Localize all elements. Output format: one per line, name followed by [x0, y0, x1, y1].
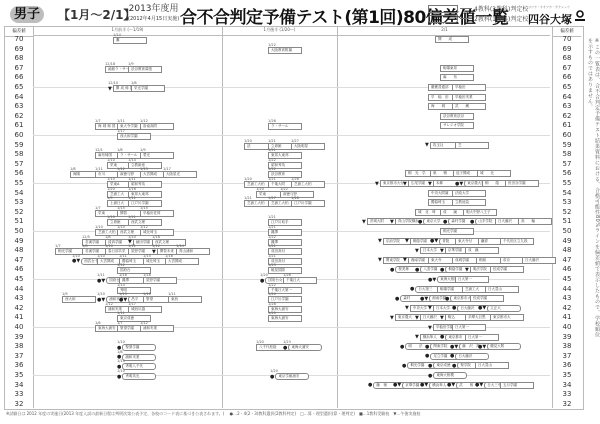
afternoon-exam-icon: ●▼	[430, 238, 438, 244]
entry-row: 西大和学園	[117, 133, 151, 140]
axis-tick: 43	[553, 294, 581, 302]
school-name: 城 北	[477, 170, 511, 177]
school-entry: 日大藤沢	[522, 257, 556, 264]
entry-row: 駒場東邦	[440, 65, 474, 72]
afternoon-exam-icon: ●▼	[475, 382, 483, 388]
axis-tick: 69	[5, 45, 33, 53]
school-name: 日大藤沢	[455, 353, 489, 360]
footer-note: ※試験日は 2012 年度の実施日(2013 年度入試の最新日程は判明次第公表予…	[6, 411, 224, 416]
subject-select-icon: ●	[415, 267, 419, 273]
axis-tick: 45	[5, 275, 33, 283]
entry-row: 日大豊山	[485, 286, 519, 293]
afternoon-exam-icon: ●▼	[450, 344, 458, 350]
entry-row: 開 成	[435, 36, 469, 43]
column-divider	[222, 26, 223, 408]
school-entry: 東京都市大	[490, 314, 524, 321]
school-name: 明大中野八王子	[463, 209, 497, 216]
axis-tick: 65	[5, 83, 33, 91]
subject-select-icon: ●	[260, 278, 264, 284]
axis-tick: 51	[5, 217, 33, 225]
entry-row: 日大第一	[455, 276, 489, 283]
axis-tick: 52	[5, 208, 33, 216]
school-entry: 1/20東海大浦安	[268, 311, 302, 322]
axis-tick: 64	[553, 93, 581, 101]
entry-row: 佼成学園	[470, 295, 504, 302]
legend-label: 4教科(3教科)判定校	[474, 4, 528, 13]
subject-select-icon: ●	[470, 219, 474, 225]
axis-tick: 36	[553, 361, 581, 369]
year-label: 2013年度用	[129, 4, 179, 14]
school-name: 武 蔵	[452, 103, 486, 110]
subject-select-icon: ●	[425, 353, 429, 359]
axis-tick: 33	[5, 390, 33, 398]
axis-tick: 41	[5, 313, 33, 321]
school-name: 東海大浦安	[268, 315, 302, 322]
axis-tick: 39	[5, 333, 33, 341]
school-entry: 早稲田	[452, 84, 486, 91]
axis-tick: 50	[553, 227, 581, 235]
axis-tick: 35	[553, 371, 581, 379]
footer: ※試験日は 2012 年度の実施日(2013 年度入試の最新日程は判明次第公表予…	[6, 411, 420, 417]
axis-tick: 47	[553, 256, 581, 264]
axis-tick: 56	[553, 169, 581, 177]
school-entry: 1/23●東海大浦安	[283, 340, 322, 351]
subject-select-icon: ●	[283, 345, 287, 351]
afternoon-exam-icon: ●▼	[420, 296, 428, 302]
axis-tick: 66	[553, 73, 581, 81]
axis-tick: 32	[553, 400, 581, 408]
axis-tick: 37	[5, 352, 33, 360]
school-name: 駒場東邦	[440, 65, 474, 72]
axis-tick: 70	[5, 35, 33, 43]
afternoon-exam-icon: ▼	[390, 219, 394, 225]
school-name: 灘	[113, 37, 147, 44]
school-name: 大阪星光	[163, 171, 197, 178]
afternoon-exam-icon: ●▼	[420, 382, 428, 388]
subject-select-icon: ●	[400, 344, 404, 350]
entry-row: 西大和	[62, 296, 96, 303]
school-name: 世田谷学園	[505, 180, 539, 187]
axis-tick: 45	[553, 275, 581, 283]
entry-row: 渋谷教育渋谷	[440, 113, 474, 120]
afternoon-exam-icon: ▼	[428, 325, 432, 331]
school-name: 日大第一	[452, 324, 486, 331]
school-name: 渋谷教育幕張	[128, 66, 162, 73]
afternoon-exam-icon: ●▼	[447, 382, 455, 388]
axis-tick: 46	[5, 265, 33, 273]
afternoon-exam-icon: ▼	[428, 181, 432, 187]
school-name: 佼成学園	[470, 295, 504, 302]
subject-select-icon: ●	[428, 373, 432, 379]
entry-row: ●東京学館浦安	[270, 373, 309, 380]
axis-tick: 35	[5, 371, 33, 379]
axis-tick: 61	[5, 121, 33, 129]
axis-tick: 38	[553, 342, 581, 350]
school-name: 栄光学園	[131, 85, 165, 92]
afternoon-exam-icon: ▼	[405, 305, 409, 311]
entry-row: 日大第一	[452, 324, 486, 331]
axis-tick: 58	[5, 150, 33, 158]
entry-row: 成 蹊	[465, 247, 499, 254]
axis-tick: 62	[553, 112, 581, 120]
school-name: 東京学館浦安	[275, 373, 309, 380]
school-entry: サレジオ学院	[440, 122, 474, 129]
axis-tick: 37	[553, 352, 581, 360]
afternoon-exam-icon: ●▼	[72, 258, 80, 264]
afternoon-exam-icon: ▼	[415, 248, 419, 254]
axis-tick: 55	[553, 179, 581, 187]
brand-kana: ヨツヤ・オオツカ・ガクシュウ	[528, 5, 570, 9]
school-name: 東西	[168, 296, 202, 303]
entry-row: 東海大浦安	[268, 315, 302, 322]
entry-row: 早稲田	[452, 84, 486, 91]
axis-tick: 44	[5, 285, 33, 293]
school-name: 日大豊山	[475, 362, 509, 369]
footer-legend-item: ●…2・4(2・3)教科選択(2教科判定)	[230, 411, 296, 416]
school-entry: ●日大藤沢	[450, 353, 489, 360]
afternoon-exam-icon: ●▼	[478, 344, 486, 350]
axis-tick: 48	[5, 246, 33, 254]
entry-row: ●▼立正大	[478, 305, 521, 312]
school-name: 渋谷教育渋谷	[440, 113, 474, 120]
afternoon-exam-icon: ▼	[428, 305, 432, 311]
entry-row: 浦和実業	[140, 325, 174, 332]
school-entry: 1/26ラ・サール	[268, 119, 302, 130]
subject-select-icon: ●	[117, 374, 121, 380]
entry-row: ●▼鶴見大附	[478, 343, 521, 350]
legend-label: 2教科(1教科)判定校	[474, 14, 528, 23]
axis-tick: 68	[553, 54, 581, 62]
school-name: 西大和	[62, 296, 96, 303]
school-name: 開 成	[435, 36, 469, 43]
subject-select-icon: ●	[390, 267, 394, 273]
footer-legend-item: ▼…午後実施校	[393, 411, 420, 416]
school-entry: ●▼鶴見大附	[478, 343, 521, 350]
school-entry: 日大第一	[455, 276, 489, 283]
axis-tick: 32	[5, 400, 33, 408]
axis-tick: 59	[553, 141, 581, 149]
entry-row: 東西	[168, 296, 202, 303]
subject-select-icon: ●	[395, 296, 399, 302]
axis-tick: 48	[553, 246, 581, 254]
entry-row: 世田谷学園	[505, 180, 539, 187]
school-entry: 日大豊山	[485, 286, 519, 293]
school-name: 日大第一	[455, 276, 489, 283]
school-entry: 日大第一	[452, 324, 486, 331]
axis-tick: 40	[553, 323, 581, 331]
entry-row: 早稲田実業	[452, 94, 486, 101]
gender-badge: 男子	[10, 6, 44, 23]
school-name: 東海大浦安	[288, 344, 322, 351]
school-name: 佼成学園	[490, 266, 524, 273]
entry-row: 灘	[113, 37, 147, 44]
afternoon-exam-icon: ▼	[108, 86, 112, 92]
axis-tick: 53	[553, 198, 581, 206]
entry-row: 芝	[455, 142, 489, 149]
entry-row: ●東海大浦安	[283, 344, 322, 351]
subject-select-icon: ●	[425, 344, 429, 350]
school-name: 鶴見大附	[487, 343, 521, 350]
school-entry: 城 北	[477, 170, 511, 177]
school-entry: 1/10●秀明英光	[117, 369, 156, 380]
axis-tick: 49	[5, 237, 33, 245]
axis-tick: 62	[5, 112, 33, 120]
entry-row: 栄光学園	[131, 85, 165, 92]
footer-legend: ●…2・4(2・3)教科選択(2教科判定)□…算・理型選択(算・理判定)■…1教…	[226, 411, 421, 416]
footer-legend-item: ■…1教科受験校	[359, 411, 389, 416]
school-entry: 成 蹊	[465, 247, 499, 254]
afternoon-exam-icon: ●▼	[455, 181, 463, 187]
school-entry: 1/20●東京学館浦安	[270, 369, 309, 380]
subject-select-icon: ●	[402, 363, 406, 369]
school-name: 東京都市大	[490, 314, 524, 321]
entry-row: 東京都市大	[490, 314, 524, 321]
school-entry: 桐光学園	[440, 228, 474, 235]
afternoon-exam-icon: ▼	[378, 238, 382, 244]
edition-year: 2013年度用 (2012年4月15日実施)	[128, 4, 179, 24]
axis-tick: 54	[5, 189, 33, 197]
entry-row: ラ・サール	[268, 123, 302, 130]
axis-tick: 55	[5, 179, 33, 187]
axis-tick: 68	[5, 54, 33, 62]
axis-tick: 58	[553, 150, 581, 158]
entry-row: 立教池袋	[452, 199, 486, 206]
axis-tick: 65	[553, 83, 581, 91]
axis-tick: 41	[553, 313, 581, 321]
school-name: 立正大	[487, 305, 521, 312]
school-name: 日大豊山	[485, 286, 519, 293]
afternoon-exam-icon: ●▼	[97, 278, 105, 284]
school-entry: 1/22大阪教育附属	[268, 43, 302, 54]
axis-tick: 63	[553, 102, 581, 110]
afternoon-exam-icon: ▼	[403, 181, 407, 187]
leader-line	[460, 8, 472, 9]
afternoon-exam-icon: ▼	[405, 238, 409, 244]
subject-select-icon: ●	[440, 334, 444, 340]
school-name: 成 蹊	[465, 247, 499, 254]
school-name: 高 輪	[518, 218, 552, 225]
subject-select-icon: ●	[428, 363, 432, 369]
afternoon-exam-icon: ▼	[425, 142, 429, 148]
afternoon-exam-icon: ▼	[390, 315, 394, 321]
school-entry: 1/9西大和	[62, 292, 96, 303]
axis-tick: 49	[553, 237, 581, 245]
entry-row: ●秀明英光	[117, 373, 156, 380]
axis-tick: 57	[5, 160, 33, 168]
entry-row: 大阪星光	[163, 171, 197, 178]
entry-row: 日大藤沢	[522, 257, 556, 264]
subject-select-icon: ●	[368, 382, 372, 388]
column-header-feb1: 2/1	[337, 27, 552, 32]
leader-line	[460, 18, 472, 19]
axis-tick: 43	[5, 294, 33, 302]
axis-tick: 54	[553, 189, 581, 197]
afternoon-exam-icon: ▼	[415, 334, 419, 340]
entry-row: 千代田区立九段	[500, 238, 534, 245]
afternoon-exam-icon: ▼	[378, 257, 382, 263]
axis-tick: 59	[5, 141, 33, 149]
subject-select-icon: ●	[452, 363, 456, 369]
school-entry: 麻 布	[440, 74, 474, 81]
entry-row: 大宮開成	[165, 258, 199, 265]
legend-2subject: 2教科(1教科)判定校	[428, 14, 528, 23]
school-entry: 1/17西大和学園	[117, 129, 151, 140]
entry-row: サレジオ学院	[440, 122, 474, 129]
afternoon-exam-icon: ▼	[375, 181, 379, 187]
afternoon-exam-icon: ●▼	[97, 297, 105, 303]
school-name: 麻 布	[440, 74, 474, 81]
entry-row: 佼成学園	[490, 266, 524, 273]
subject-select-icon: ●	[445, 296, 449, 302]
column-divider	[552, 26, 553, 408]
subject-select-icon: ●	[443, 219, 447, 225]
school-name: サレジオ学院	[440, 122, 474, 129]
entry-row: 明大中野八王子	[463, 209, 497, 216]
person-logo-icon	[574, 10, 586, 25]
axis-tick: 57	[553, 160, 581, 168]
school-name: 法政大学	[452, 190, 486, 197]
axis-tick: 67	[5, 64, 33, 72]
school-name: 大宮開成	[165, 258, 199, 265]
afternoon-exam-icon: ▼	[415, 315, 419, 321]
axis-tick: 64	[5, 93, 33, 101]
school-entry: 1/12浦和実業	[140, 321, 174, 332]
school-name: 芝	[455, 142, 489, 149]
school-entry: 高 輪	[518, 218, 552, 225]
school-name: ラ・サール	[268, 123, 302, 130]
school-name: 立教池袋	[452, 199, 486, 206]
entry-row: 日大豊山	[475, 362, 509, 369]
column-divider	[33, 26, 34, 408]
axis-tick: 33	[553, 390, 581, 398]
school-name: 日大第一	[465, 334, 499, 341]
axis-tick: 34	[553, 381, 581, 389]
axis-tick: 61	[553, 121, 581, 129]
axis-tick: 52	[553, 208, 581, 216]
entry-row: 五月学園	[500, 382, 534, 389]
subject-select-icon: ●	[440, 267, 444, 273]
school-name: 早稲田	[452, 84, 486, 91]
afternoon-exam-icon: ●▼	[478, 305, 486, 311]
school-name: 東海大相模	[433, 372, 467, 379]
school-entry: ●▼立正大	[478, 305, 521, 312]
axis-tick: 66	[5, 73, 33, 81]
school-name: 桐光学園	[440, 228, 474, 235]
school-entry: 1/11東西	[168, 292, 202, 303]
axis-tick: 47	[5, 256, 33, 264]
date-range: 【1月〜2/1】	[58, 6, 135, 23]
axis-tick: 69	[553, 45, 581, 53]
axis-tick: 67	[553, 64, 581, 72]
axis-tick: 60	[5, 131, 33, 139]
afternoon-exam-icon: ●▼	[393, 382, 401, 388]
axis-tick: 56	[5, 169, 33, 177]
header-rule	[33, 35, 550, 36]
school-entry: ●東海大相模	[428, 372, 467, 379]
school-entry: 1/8栄光学園	[131, 81, 165, 92]
afternoon-exam-icon: ▼	[440, 315, 444, 321]
school-entry: 駒場東邦	[440, 65, 474, 72]
entry-row: 武 蔵	[452, 103, 486, 110]
column-divider	[337, 26, 338, 408]
entry-row: 麻 布	[440, 74, 474, 81]
axis-tick: 44	[553, 285, 581, 293]
axis-tick: 38	[5, 342, 33, 350]
afternoon-exam-icon: ▼	[440, 248, 444, 254]
afternoon-exam-icon: ▼	[465, 267, 469, 273]
school-name: 秀明英光	[122, 373, 156, 380]
entry-row: 桐光学園	[440, 228, 474, 235]
brand-logo: 四谷大塚	[528, 11, 572, 27]
footer-legend-item: □…算・理型選択(算・理判定)	[300, 411, 355, 416]
gridline-60	[33, 135, 550, 136]
school-name: 大阪教育附属	[268, 47, 302, 54]
school-name: 五月学園	[500, 382, 534, 389]
school-entry: 佼成学園	[490, 266, 524, 273]
school-name: 浦和実業	[140, 325, 174, 332]
entry-row: 日大第一	[465, 334, 499, 341]
year-note: (2012年4月15日実施)	[128, 14, 179, 24]
column-header-late-jan: 1月後半 (1/20〜)	[222, 27, 337, 33]
axis-tick: 50	[5, 227, 33, 235]
school-name: 千代田区立九段	[500, 238, 534, 245]
subject-select-icon: ●	[418, 219, 422, 225]
school-entry: 法政大学	[452, 190, 486, 197]
axis-tick: 36	[5, 361, 33, 369]
school-name: 西大和学園	[117, 133, 151, 140]
entry-row: 法政大学	[452, 190, 486, 197]
rounded-box-icon	[428, 15, 458, 23]
axis-tick: 42	[5, 304, 33, 312]
school-entry: 1/17大阪星光	[163, 167, 197, 178]
subject-select-icon: ●	[450, 353, 454, 359]
afternoon-exam-icon: ●▼	[428, 277, 436, 283]
entry-row: ●東海大相模	[428, 372, 467, 379]
axis-tick: 63	[5, 102, 33, 110]
school-entry: 千代田区立九段	[500, 238, 534, 245]
afternoon-exam-icon: ▼	[403, 257, 407, 263]
side-note: ※この一覧表は、合不合判定予備テスト結果資料における、合格可能性80%ラインを偏…	[587, 38, 600, 338]
legend-4subject: 4教科(3教科)判定校	[428, 4, 528, 13]
subject-select-icon: ●	[270, 374, 274, 380]
entry-row: 高 輪	[518, 218, 552, 225]
axis-tick: 39	[553, 333, 581, 341]
axis-tick: 60	[553, 131, 581, 139]
school-entry: 佼成学園	[470, 295, 504, 302]
school-entry: 1/16大宮開成	[165, 254, 199, 265]
axis-tick: 42	[553, 304, 581, 312]
school-entry: 1/28江戸川学園	[291, 196, 325, 207]
school-name: 日大藤沢	[522, 257, 556, 264]
school-entry: 1/9渋谷教育幕張	[128, 62, 162, 73]
axis-tick: 51	[553, 217, 581, 225]
school-entry: 1/14灘	[113, 33, 147, 44]
entry-row: 渋谷教育幕張	[128, 66, 162, 73]
subject-select-icon: ●	[452, 305, 456, 311]
school-entry: 武 蔵	[452, 103, 486, 110]
school-entry: 立教池袋	[452, 199, 486, 206]
entry-row: 城 北	[477, 170, 511, 177]
axis-tick: 70	[553, 35, 581, 43]
axis-tick: 34	[5, 381, 33, 389]
school-entry: 世田谷学園	[505, 180, 539, 187]
school-name: 早稲田実業	[452, 94, 486, 101]
axis-tick: 40	[5, 323, 33, 331]
school-name: 江戸川学園	[291, 200, 325, 207]
school-entry: 開 成	[435, 36, 469, 43]
subject-select-icon: ●	[410, 286, 414, 292]
entry-row: ●日大藤沢	[450, 353, 489, 360]
